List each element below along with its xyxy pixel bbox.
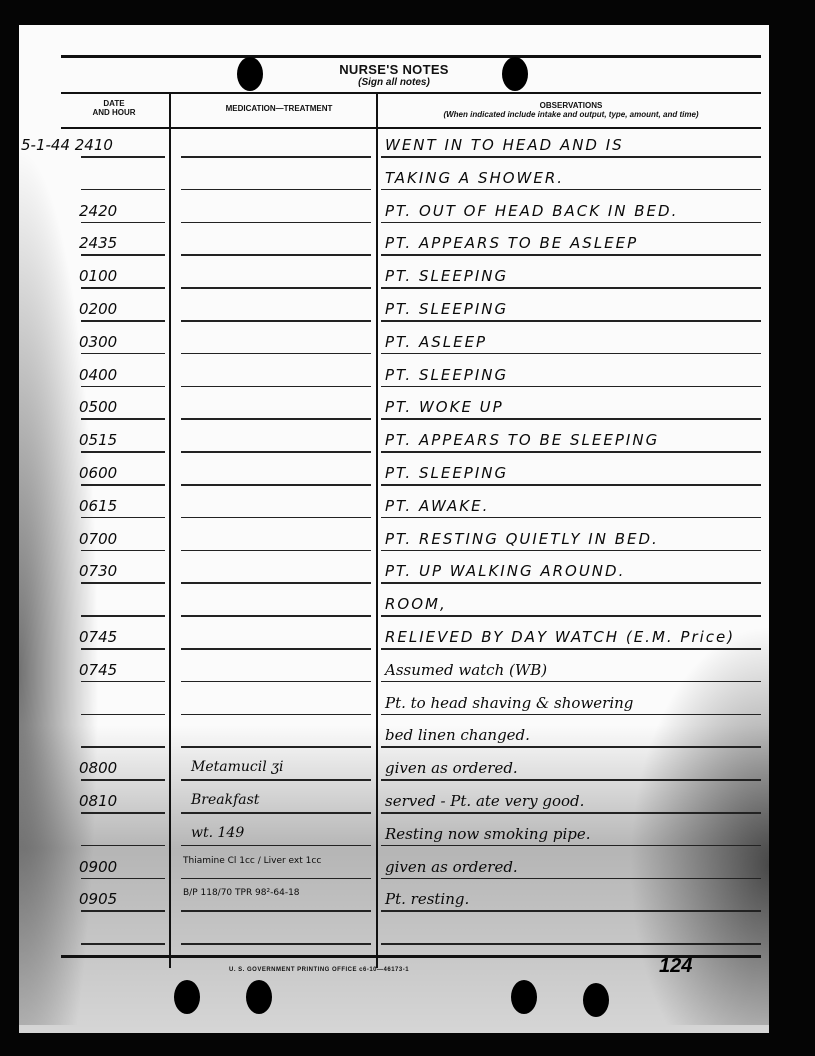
top-rule [61,55,761,58]
entry-observation: PT. AWAKE. [385,497,489,515]
row-rule [381,681,761,683]
col-divider-2 [376,92,378,968]
entry-observation: Pt. resting. [385,890,469,908]
page-number: 124 [659,955,692,978]
entry-observation: PT. RESTING QUIETLY IN BED. [385,530,659,548]
row-rule [81,943,165,945]
row-rule [81,287,165,289]
row-rule [181,648,371,650]
row-rule [81,254,165,256]
row-rule [381,779,761,781]
row-rule [81,681,165,683]
punch-hole-bottom-2 [246,980,272,1014]
entry-date-hour: 0810 [79,792,117,810]
row-rule [381,254,761,256]
punch-hole-bottom-4 [583,983,609,1017]
row-rule [81,615,165,617]
entry-observation: bed linen changed. [385,726,530,744]
row-rule [81,484,165,486]
col-divider-1 [169,92,171,968]
row-rule [181,287,371,289]
row-rule [181,484,371,486]
entry-observation: PT. SLEEPING [385,464,508,482]
entry-observation: PT. WOKE UP [385,398,504,416]
row-rule [181,582,371,584]
entry-date-hour: 0800 [79,759,117,777]
row-rule [81,878,165,880]
entry-date-hour: 0400 [79,366,117,384]
entry-observation: PT. SLEEPING [385,267,508,285]
bottom-rule [61,955,761,958]
row-rule [81,320,165,322]
col-header-date-hour: DATE AND HOUR [69,99,159,117]
row-rule [81,582,165,584]
entry-date-hour: 0745 [79,661,117,679]
row-rule [181,812,371,814]
row-rule [381,910,761,912]
row-rule [81,156,165,158]
row-rule [381,451,761,453]
row-rule [181,386,371,388]
entry-observation: TAKING A SHOWER. [385,169,564,187]
row-rule [181,910,371,912]
row-rule [181,943,371,945]
entry-observation: PT. SLEEPING [385,300,508,318]
row-rule [81,714,165,716]
row-rule [181,353,371,355]
row-rule [81,779,165,781]
row-rule [381,812,761,814]
row-rule [81,189,165,191]
row-rule [81,648,165,650]
entry-observation: PT. UP WALKING AROUND. [385,562,625,580]
row-rule [381,320,761,322]
row-rule [381,156,761,158]
entry-observation: PT. SLEEPING [385,366,508,384]
row-rule [181,681,371,683]
row-rule [81,386,165,388]
entry-date-hour: 2420 [79,202,117,220]
row-rule [81,451,165,453]
row-rule [381,189,761,191]
entry-date-hour: 0515 [79,431,117,449]
entry-date-hour: 0745 [79,628,117,646]
row-rule [181,615,371,617]
col-header-observations: OBSERVATIONS (When indicated include int… [381,101,761,119]
entry-date-hour: 2435 [79,234,117,252]
row-rule [81,845,165,847]
entry-observation: ROOM, [385,595,447,613]
row-rule [81,353,165,355]
row-rule [181,189,371,191]
entry-medication: Metamucil ʒi [191,759,284,775]
entry-date-hour: 0900 [79,858,117,876]
entry-date-hour: 0200 [79,300,117,318]
row-rule [81,746,165,748]
entry-observation: Resting now smoking pipe. [385,825,591,843]
entry-date-hour: 0730 [79,562,117,580]
row-rule [81,812,165,814]
entry-medication: Thiamine Cl 1cc / Liver ext 1cc [183,856,321,867]
row-rule [381,845,761,847]
entry-date-hour: 0100 [79,267,117,285]
row-rule [181,418,371,420]
row-rule [381,517,761,519]
row-rule [181,878,371,880]
row-rule [381,878,761,880]
nurses-notes-form: NURSE'S NOTES (Sign all notes) DATE AND … [19,25,769,1033]
row-rule [181,517,371,519]
row-rule [381,582,761,584]
entry-date-hour: 0905 [79,890,117,908]
entry-observation: PT. ASLEEP [385,333,487,351]
scan-shadow-right [629,625,769,1025]
printing-office-imprint: U. S. GOVERNMENT PRINTING OFFICE c6-10—4… [229,967,409,973]
row-rule [381,746,761,748]
header-rule [61,127,761,129]
title-rule [61,92,761,94]
row-rule [381,648,761,650]
row-rule [381,222,761,224]
entry-date-hour: 0500 [79,398,117,416]
punch-hole-bottom-1 [174,980,200,1014]
entry-medication: B/P 118/70 TPR 98²-64-18 [183,888,300,899]
row-rule [381,943,761,945]
row-rule [381,714,761,716]
row-rule [181,845,371,847]
row-rule [181,156,371,158]
entry-date-hour: 5-1-44 2410 [21,136,113,154]
entry-observation: served - Pt. ate very good. [385,792,584,810]
row-rule [81,550,165,552]
entry-medication: Breakfast [191,792,259,808]
row-rule [381,484,761,486]
punch-hole-bottom-3 [511,980,537,1014]
entry-date-hour: 0300 [79,333,117,351]
entry-observation: RELIEVED BY DAY WATCH (E.M. Price) [385,628,735,646]
entry-observation: PT. APPEARS TO BE ASLEEP [385,234,638,252]
entry-observation: WENT IN TO HEAD AND IS [385,136,624,154]
row-rule [181,320,371,322]
row-rule [381,615,761,617]
row-rule [381,386,761,388]
row-rule [81,910,165,912]
form-title: NURSE'S NOTES [19,62,769,77]
row-rule [381,418,761,420]
row-rule [181,451,371,453]
row-rule [181,254,371,256]
row-rule [181,779,371,781]
row-rule [181,714,371,716]
row-rule [81,517,165,519]
entry-observation: PT. APPEARS TO BE SLEEPING [385,431,659,449]
row-rule [381,353,761,355]
entry-observation: given as ordered. [385,858,518,876]
entry-observation: PT. OUT OF HEAD BACK IN BED. [385,202,678,220]
entry-date-hour: 0600 [79,464,117,482]
col-header-medication: MEDICATION—TREATMENT [179,104,379,113]
row-rule [381,287,761,289]
row-rule [81,418,165,420]
row-rule [81,222,165,224]
row-rule [181,550,371,552]
form-subtitle: (Sign all notes) [19,77,769,88]
row-rule [381,550,761,552]
row-rule [181,746,371,748]
entry-date-hour: 0700 [79,530,117,548]
entry-observation: given as ordered. [385,759,518,777]
row-rule [181,222,371,224]
entry-observation: Pt. to head shaving & showering [385,694,633,712]
entry-medication: wt. 149 [191,825,244,841]
entry-date-hour: 0615 [79,497,117,515]
entry-observation: Assumed watch (WB) [385,661,547,679]
